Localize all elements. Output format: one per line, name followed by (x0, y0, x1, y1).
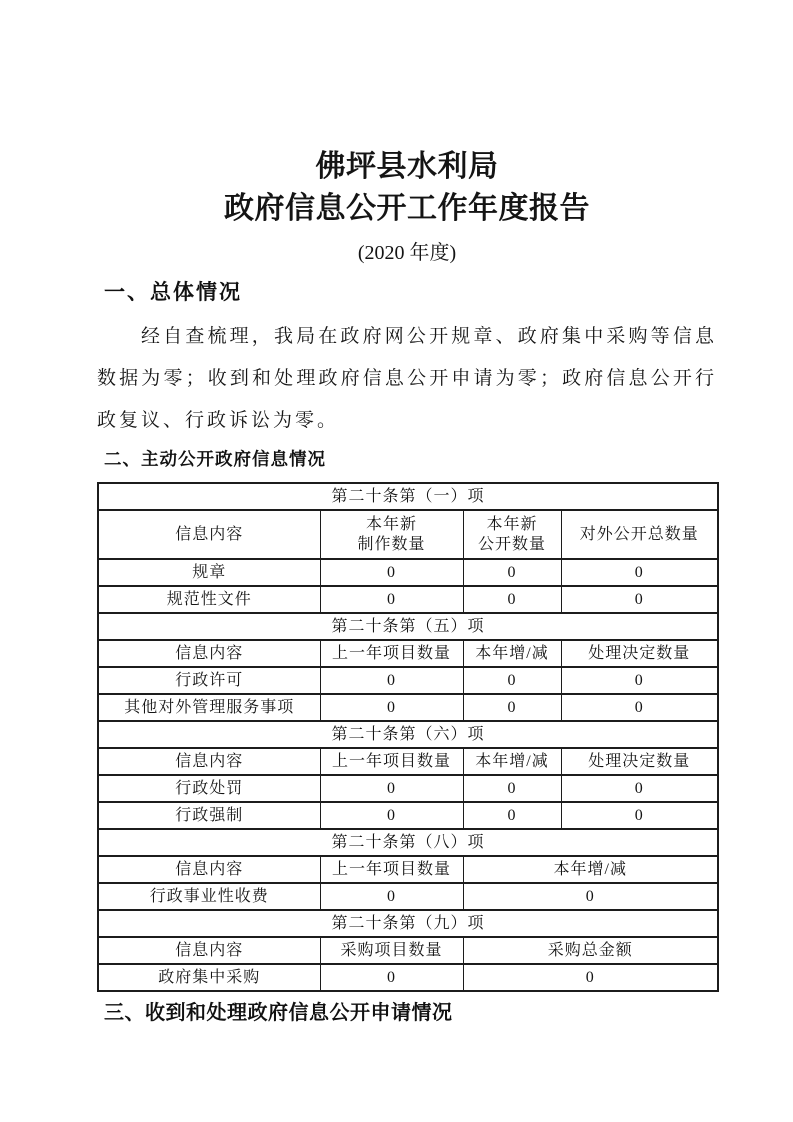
table-header-cell: 本年增/减 (463, 856, 718, 883)
table-header-cell: 信息内容 (98, 937, 320, 964)
table-data-row: 政府集中采购 0 0 (98, 964, 718, 991)
table-header-row: 信息内容 上一年项目数量 本年增/减 (98, 856, 718, 883)
section-requests-heading: 三、收到和处理政府信息公开申请情况 (97, 1002, 717, 1024)
overview-paragraph: 经自查梳理，我局在政府网公开规章、政府集中采购等信息数据为零；收到和处理政府信息… (97, 316, 717, 442)
table-header-cell: 处理决定数量 (561, 640, 718, 667)
table-data-row: 其他对外管理服务事项 0 0 0 (98, 694, 718, 721)
table-header-cell: 上一年项目数量 (320, 640, 463, 667)
table-cell: 行政事业性收费 (98, 883, 320, 910)
table-section-title: 第二十条第（九）项 (98, 910, 718, 937)
table-header-cell: 采购总金额 (463, 937, 718, 964)
table-data-row: 行政事业性收费 0 0 (98, 883, 718, 910)
table-cell: 其他对外管理服务事项 (98, 694, 320, 721)
table-cell: 0 (463, 667, 561, 694)
table-header-cell: 信息内容 (98, 510, 320, 559)
table-section-title: 第二十条第（一）项 (98, 483, 718, 510)
doc-subtitle-year: (2020 年度) (97, 240, 717, 266)
table-data-row: 行政许可 0 0 0 (98, 667, 718, 694)
table-cell: 0 (561, 802, 718, 829)
document-content: 佛坪县水利局 政府信息公开工作年度报告 (2020 年度) 一、总体情况 经自查… (97, 0, 717, 1024)
document-page: 佛坪县水利局 政府信息公开工作年度报告 (2020 年度) 一、总体情况 经自查… (0, 0, 793, 1122)
table-cell: 0 (320, 802, 463, 829)
table-cell: 0 (561, 694, 718, 721)
table-cell: 行政处罚 (98, 775, 320, 802)
table-cell: 0 (320, 586, 463, 613)
table-cell: 0 (320, 964, 463, 991)
table-section-title: 第二十条第（八）项 (98, 829, 718, 856)
table-cell: 0 (561, 775, 718, 802)
table-cell: 行政许可 (98, 667, 320, 694)
table-data-row: 规范性文件 0 0 0 (98, 586, 718, 613)
table-cell: 0 (463, 559, 561, 586)
table-header-row: 信息内容 上一年项目数量 本年增/减 处理决定数量 (98, 640, 718, 667)
table-header-row: 信息内容 本年新 制作数量 本年新 公开数量 对外公开总数量 (98, 510, 718, 559)
table-cell: 行政强制 (98, 802, 320, 829)
table-cell: 0 (463, 775, 561, 802)
table-header-cell: 本年增/减 (463, 640, 561, 667)
table-cell: 0 (561, 667, 718, 694)
section-proactive-heading: 二、主动公开政府信息情况 (97, 449, 717, 469)
table-section-row: 第二十条第（一）项 (98, 483, 718, 510)
table-section-title: 第二十条第（六）项 (98, 721, 718, 748)
table-header-cell: 对外公开总数量 (561, 510, 718, 559)
table-header-cell: 信息内容 (98, 640, 320, 667)
table-cell: 0 (320, 694, 463, 721)
table-data-row: 规章 0 0 0 (98, 559, 718, 586)
table-header-row: 信息内容 上一年项目数量 本年增/减 处理决定数量 (98, 748, 718, 775)
table-cell: 0 (463, 802, 561, 829)
doc-title-line-2: 政府信息公开工作年度报告 (97, 188, 717, 230)
table-header-cell: 本年新 制作数量 (320, 510, 463, 559)
table-header-cell: 上一年项目数量 (320, 856, 463, 883)
table-cell: 0 (320, 667, 463, 694)
table-section-row: 第二十条第（六）项 (98, 721, 718, 748)
table-data-row: 行政强制 0 0 0 (98, 802, 718, 829)
table-header-cell: 采购项目数量 (320, 937, 463, 964)
table-header-cell: 信息内容 (98, 748, 320, 775)
table-cell: 规章 (98, 559, 320, 586)
table-cell: 0 (463, 964, 718, 991)
table-data-row: 行政处罚 0 0 0 (98, 775, 718, 802)
table-cell: 0 (320, 775, 463, 802)
table-header-cell: 本年增/减 (463, 748, 561, 775)
doc-title-line-1: 佛坪县水利局 (97, 0, 717, 188)
table-header-cell: 处理决定数量 (561, 748, 718, 775)
table-cell: 0 (320, 559, 463, 586)
table-cell: 政府集中采购 (98, 964, 320, 991)
table-cell: 0 (463, 694, 561, 721)
table-header-cell: 本年新 公开数量 (463, 510, 561, 559)
proactive-disclosure-table: 第二十条第（一）项 信息内容 本年新 制作数量 本年新 公开数量 对外公开总数量… (97, 482, 719, 992)
table-cell: 0 (561, 586, 718, 613)
table-cell: 规范性文件 (98, 586, 320, 613)
table-section-row: 第二十条第（五）项 (98, 613, 718, 640)
table-cell: 0 (463, 586, 561, 613)
table-cell: 0 (561, 559, 718, 586)
table-header-cell: 上一年项目数量 (320, 748, 463, 775)
table-section-row: 第二十条第（九）项 (98, 910, 718, 937)
section-overview-heading: 一、总体情况 (97, 282, 717, 304)
table-section-row: 第二十条第（八）项 (98, 829, 718, 856)
table-header-cell: 信息内容 (98, 856, 320, 883)
table-cell: 0 (320, 883, 463, 910)
table-cell: 0 (463, 883, 718, 910)
table-header-row: 信息内容 采购项目数量 采购总金额 (98, 937, 718, 964)
table-section-title: 第二十条第（五）项 (98, 613, 718, 640)
